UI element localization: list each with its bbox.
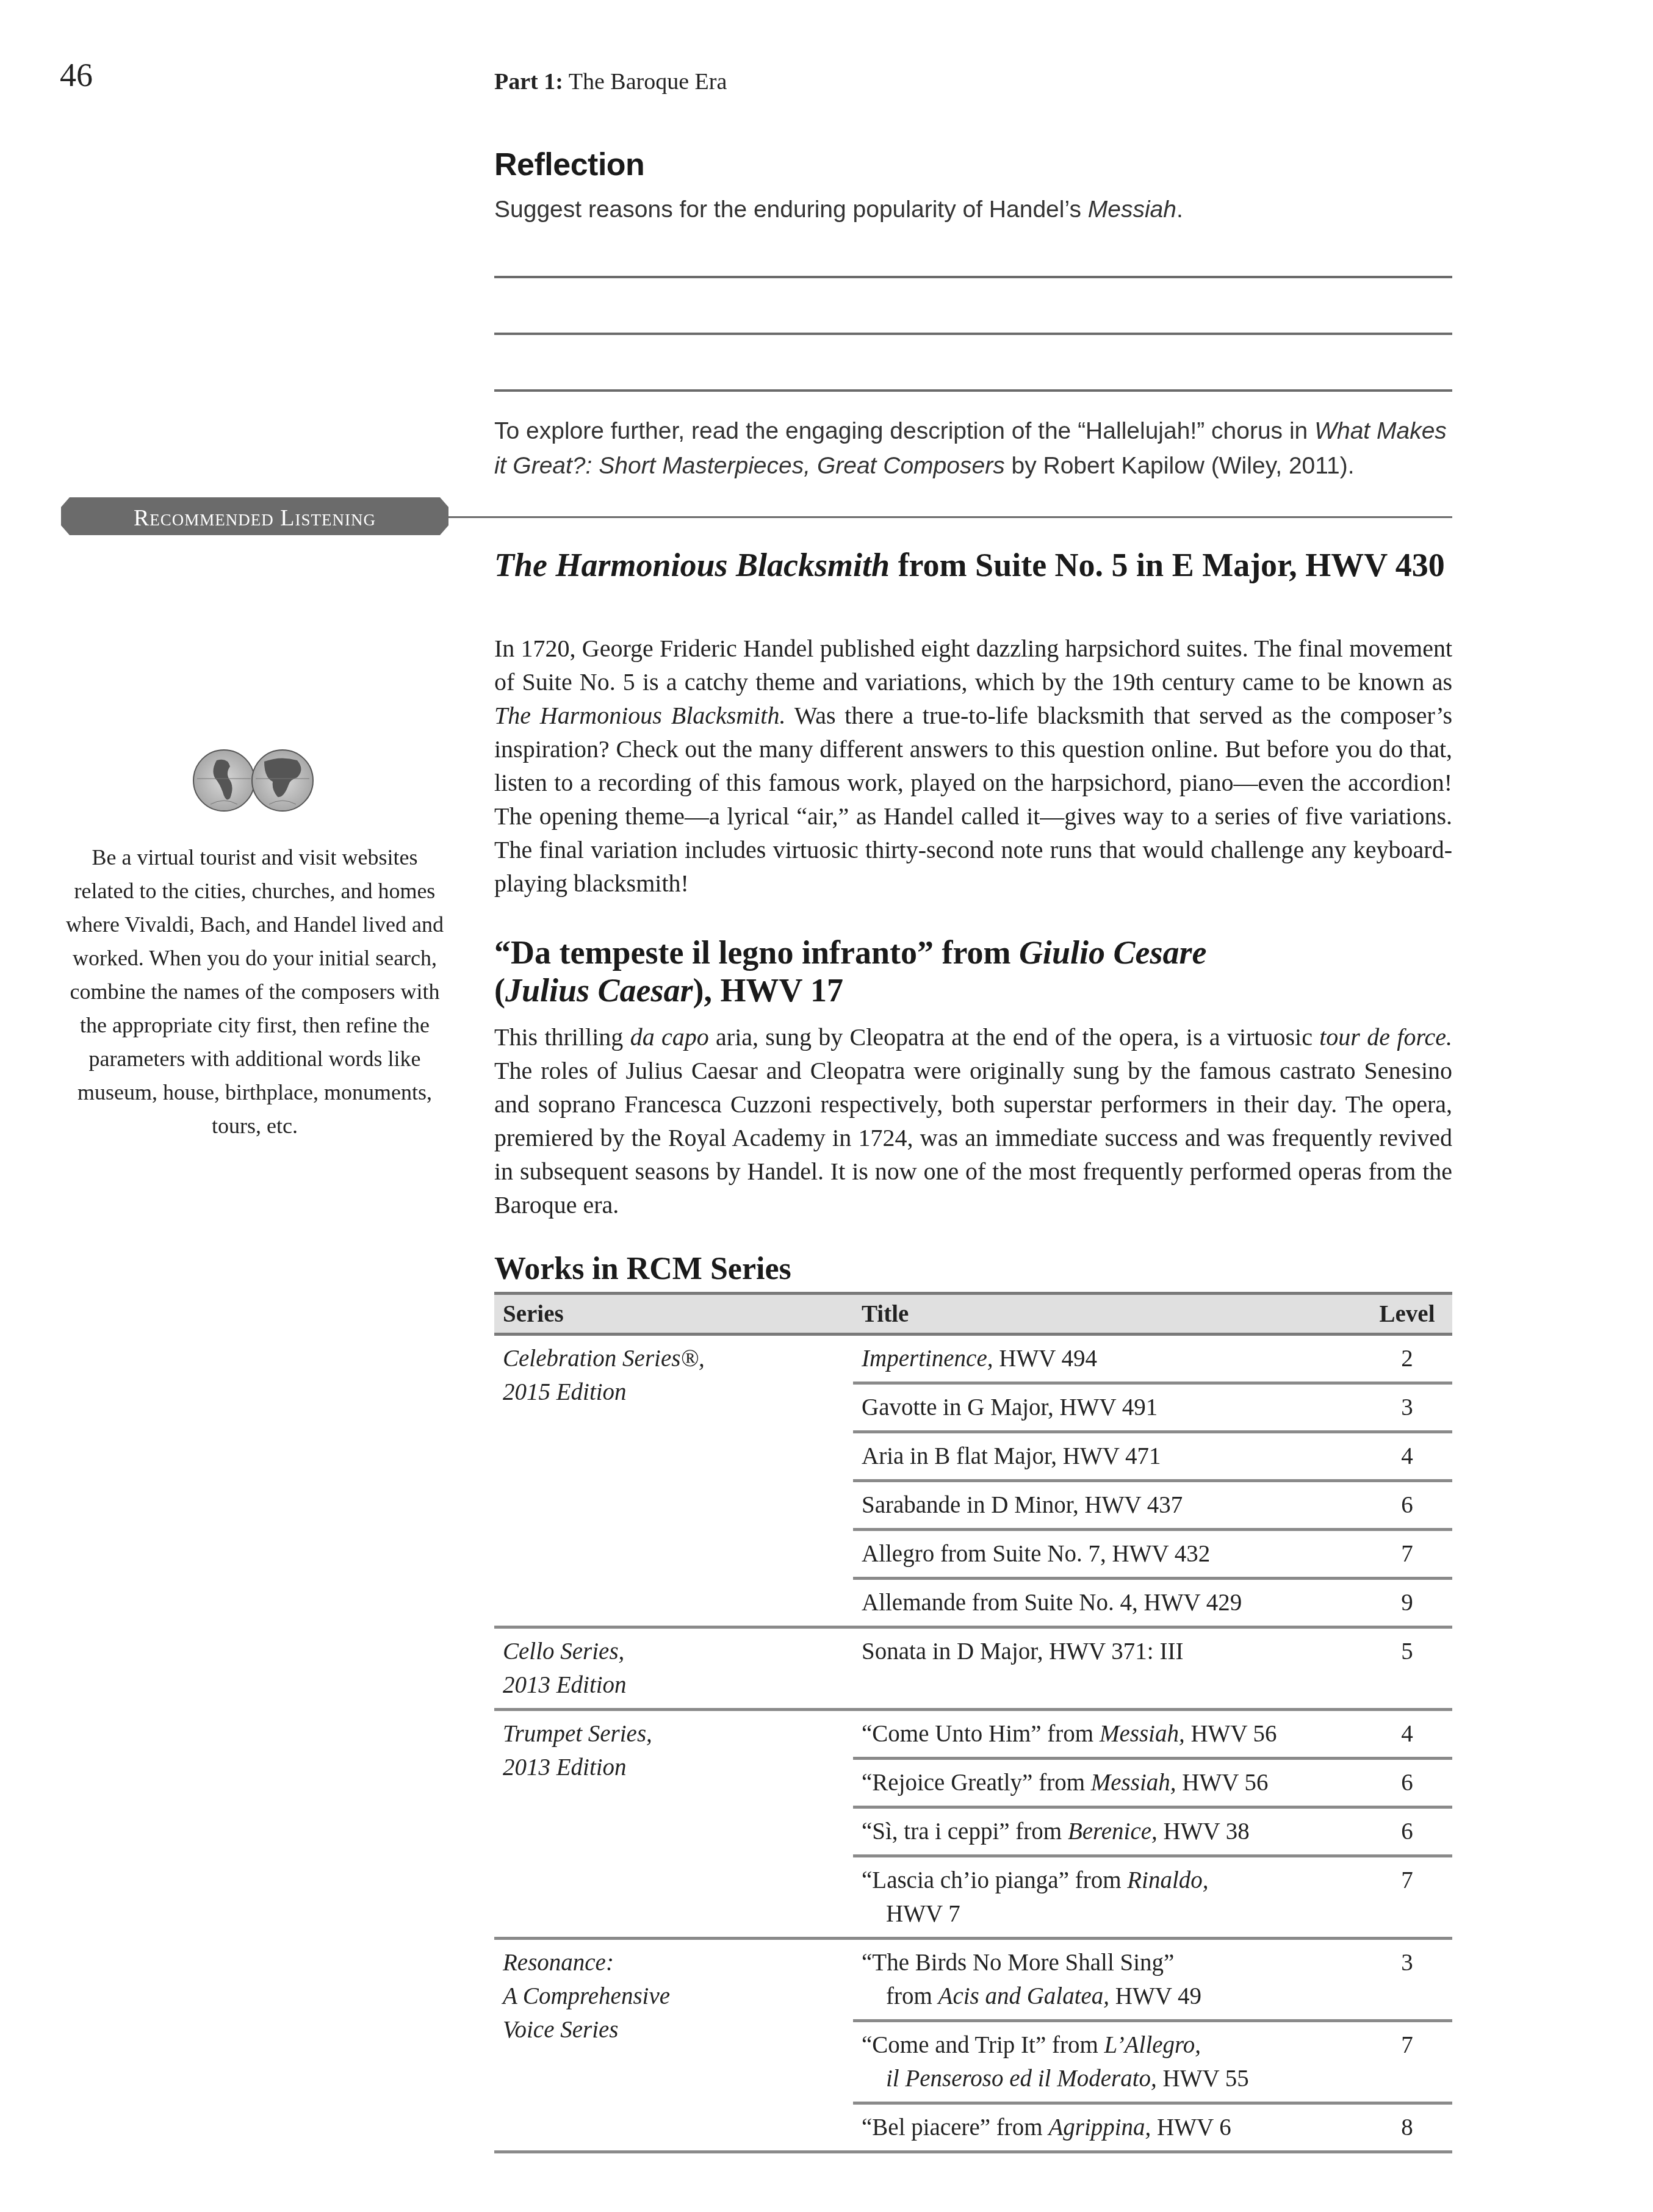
title-text: “Sì, tra i ceppi” from [862, 1818, 1068, 1845]
title-text: “Come Unto Him” from [862, 1721, 1100, 1747]
table-row: Trumpet Series,2013 Edition “Come Unto H… [494, 1710, 1452, 1759]
title-italic: Acis and Galatea, [938, 1983, 1110, 2009]
level-cell: 5 [1362, 1627, 1452, 1710]
level-cell: 7 [1362, 2021, 1452, 2103]
answer-line-3[interactable] [494, 389, 1452, 392]
rcm-works-table: Series Title Level Celebration Series®,2… [494, 1292, 1452, 2153]
title-cell: “Rejoice Greatly” from Messiah, HWV 56 [853, 1759, 1362, 1807]
body-text: The roles of Julius Caesar and Cleopatra… [494, 1057, 1452, 1219]
level-cell: 7 [1362, 1856, 1452, 1939]
sidebar-tip: Be a virtual tourist and visit websites … [61, 841, 448, 1143]
title-italic: il Penseroso ed il Moderato, [886, 2066, 1157, 2092]
series-cell: Resonance:A ComprehensiveVoice Series [494, 1939, 853, 2152]
answer-line-2[interactable] [494, 333, 1452, 335]
work-title-italic: The Harmonious Blacksmith [494, 547, 890, 583]
level-cell: 4 [1362, 1432, 1452, 1481]
work-title-text: ), HWV 17 [693, 972, 844, 1009]
explore-further-note: To explore further, read the engaging de… [494, 414, 1452, 483]
level-cell: 3 [1362, 1939, 1452, 2021]
table-row: Resonance:A ComprehensiveVoice Series “T… [494, 1939, 1452, 2021]
reflection-title: Reflection [494, 146, 1452, 183]
series-cell: Cello Series,2013 Edition [494, 1627, 853, 1710]
running-head-title: The Baroque Era [569, 69, 727, 95]
table-row: Cello Series,2013 Edition Sonata in D Ma… [494, 1627, 1452, 1710]
title-text: HWV 494 [993, 1346, 1097, 1372]
table-header-row: Series Title Level [494, 1294, 1452, 1335]
series-cell: Trumpet Series,2013 Edition [494, 1710, 853, 1939]
title-text: “The Birds No More Shall Sing” [862, 1950, 1174, 1976]
series-cell: Celebration Series®,2015 Edition [494, 1335, 853, 1627]
title-italic: Impertinence, [862, 1346, 993, 1372]
series-name: Voice Series [503, 2017, 619, 2043]
recommended-listening-label: Recommended Listening [61, 505, 448, 531]
body-italic: da capo [630, 1023, 709, 1051]
body-text: In 1720, George Frideric Handel publishe… [494, 635, 1452, 696]
body-text: This thrilling [494, 1023, 630, 1051]
running-head-part: Part 1: [494, 69, 563, 95]
work-title-text: “Da tempeste il legno infranto” from [494, 934, 1019, 971]
series-edition: 2013 Edition [503, 1754, 627, 1781]
title-cell: “Bel piacere” from Agrippina, HWV 6 [853, 2103, 1362, 2152]
explore-text-end: by Robert Kapilow (Wiley, 2011). [1005, 453, 1355, 479]
title-italic: Messiah, [1100, 1721, 1185, 1747]
level-cell: 3 [1362, 1383, 1452, 1432]
title-cell: Gavotte in G Major, HWV 491 [853, 1383, 1362, 1432]
explore-text: To explore further, read the engaging de… [494, 418, 1314, 444]
prompt-italic: Messiah [1088, 196, 1176, 223]
series-name: Cello Series, [503, 1638, 624, 1665]
running-head: Part 1: The Baroque Era [494, 68, 727, 95]
column-header-level: Level [1362, 1294, 1452, 1335]
title-text: HWV 38 [1158, 1818, 1250, 1845]
rcm-table-heading: Works in RCM Series [494, 1251, 1452, 1287]
title-italic: Messiah, [1091, 1770, 1176, 1796]
title-cell: “Sì, tra i ceppi” from Berenice, HWV 38 [853, 1807, 1362, 1856]
series-name: Trumpet Series, [503, 1721, 652, 1747]
body-text: Was there a true-to-life blacksmith that… [494, 702, 1452, 897]
prompt-end: . [1176, 196, 1183, 223]
level-cell: 8 [1362, 2103, 1452, 2152]
title-italic: Berenice, [1068, 1818, 1158, 1845]
title-cell: “The Birds No More Shall Sing”from Acis … [853, 1939, 1362, 2021]
series-name: A Comprehensive [503, 1983, 670, 2009]
column-header-title: Title [853, 1294, 1362, 1335]
work-title-italic: Giulio Cesare [1019, 934, 1207, 971]
body-italic: The Harmonious Blacksmith. [494, 702, 785, 729]
title-cell: Impertinence, HWV 494 [853, 1335, 1362, 1383]
title-text: “Lascia ch’io pianga” from [862, 1867, 1127, 1893]
prompt-text: Suggest reasons for the enduring popular… [494, 196, 1088, 223]
globe-map-icon [192, 748, 314, 813]
series-edition: 2015 Edition [503, 1379, 627, 1405]
title-italic: Agrippina, [1048, 2114, 1151, 2141]
column-header-series: Series [494, 1294, 853, 1335]
title-text: HWV 56 [1176, 1770, 1269, 1796]
body-text: aria, sung by Cleopatra at the end of th… [709, 1023, 1319, 1051]
title-text: HWV 49 [1109, 1983, 1201, 2009]
title-cell: Sonata in D Major, HWV 371: III [853, 1627, 1362, 1710]
title-text: “Come and Trip It” from [862, 2032, 1104, 2058]
title-cell: “Come Unto Him” from Messiah, HWV 56 [853, 1710, 1362, 1759]
title-text: “Rejoice Greatly” from [862, 1770, 1091, 1796]
title-cell: Aria in B flat Major, HWV 471 [853, 1432, 1362, 1481]
work-description-harmonious-blacksmith: In 1720, George Frideric Handel publishe… [494, 632, 1452, 900]
level-cell: 9 [1362, 1579, 1452, 1627]
level-cell: 4 [1362, 1710, 1452, 1759]
reflection-prompt: Suggest reasons for the enduring popular… [494, 196, 1452, 223]
recommended-listening-tab: Recommended Listening [61, 497, 448, 535]
work-title-da-tempeste: “Da tempeste il legno infranto” from Giu… [494, 934, 1452, 1009]
work-title-harmonious-blacksmith: The Harmonious Blacksmith from Suite No.… [494, 546, 1452, 584]
title-continuation: HWV 7 [862, 1897, 1353, 1931]
work-description-da-tempeste: This thrilling da capo aria, sung by Cle… [494, 1020, 1452, 1222]
title-text: HWV 56 [1185, 1721, 1277, 1747]
title-continuation: il Penseroso ed il Moderato, HWV 55 [862, 2062, 1353, 2095]
work-title-italic: Julius Caesar [505, 972, 693, 1009]
title-cell: “Come and Trip It” from L’Allegro,il Pen… [853, 2021, 1362, 2103]
series-name: Resonance: [503, 1950, 614, 1976]
level-cell: 6 [1362, 1481, 1452, 1530]
title-text: “Bel piacere” from [862, 2114, 1048, 2141]
level-cell: 6 [1362, 1807, 1452, 1856]
work-title-rest: from Suite No. 5 in E Major, HWV 430 [890, 547, 1445, 583]
page-number: 46 [60, 56, 93, 94]
table-row: Celebration Series®,2015 Edition Imperti… [494, 1335, 1452, 1383]
title-text: from [886, 1983, 938, 2009]
title-text: HWV 6 [1151, 2114, 1231, 2141]
title-italic: L’Allegro, [1104, 2032, 1201, 2058]
title-cell: “Lascia ch’io pianga” from Rinaldo,HWV 7 [853, 1856, 1362, 1939]
level-cell: 6 [1362, 1759, 1452, 1807]
answer-line-1[interactable] [494, 276, 1452, 278]
title-cell: Allemande from Suite No. 4, HWV 429 [853, 1579, 1362, 1627]
level-cell: 2 [1362, 1335, 1452, 1383]
level-cell: 7 [1362, 1530, 1452, 1579]
title-cell: Allegro from Suite No. 7, HWV 432 [853, 1530, 1362, 1579]
title-cell: Sarabande in D Minor, HWV 437 [853, 1481, 1362, 1530]
body-italic: tour de force. [1319, 1023, 1452, 1051]
work-title-text: ( [494, 972, 505, 1009]
title-continuation: from Acis and Galatea, HWV 49 [862, 1980, 1353, 2013]
title-italic: Rinaldo, [1127, 1867, 1208, 1893]
title-text: HWV 55 [1157, 2066, 1249, 2092]
section-divider [448, 516, 1452, 518]
series-edition: 2013 Edition [503, 1672, 627, 1698]
series-name: Celebration Series®, [503, 1346, 705, 1372]
